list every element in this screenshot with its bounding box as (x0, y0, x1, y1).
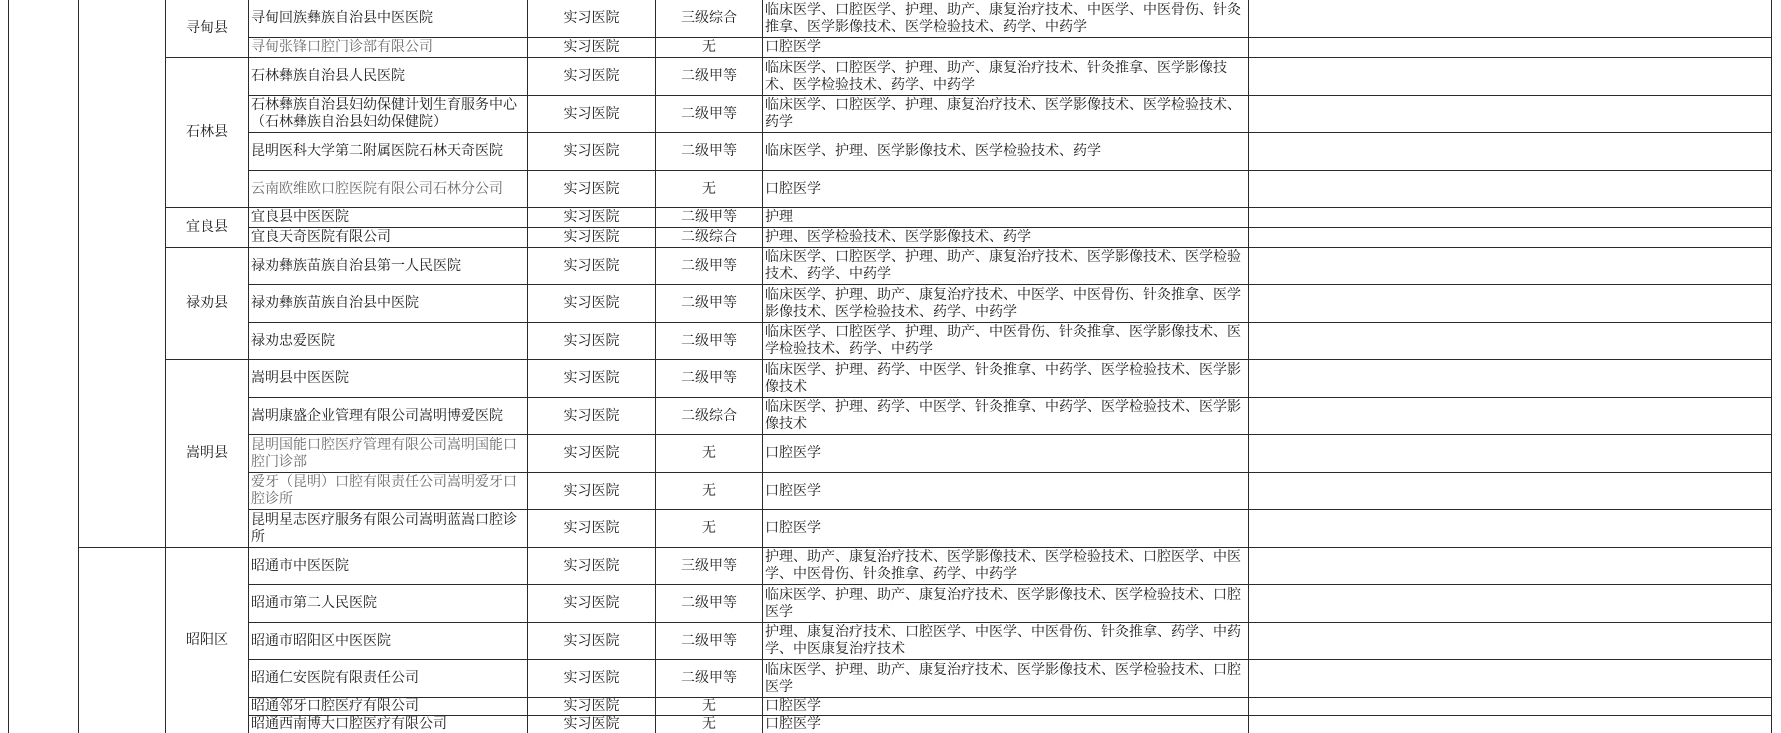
majors-cell: 护理、医学检验技术、医学影像技术、药学 (763, 228, 1249, 248)
remarks-cell (1249, 0, 1772, 38)
hospital-type-cell: 实习医院 (528, 323, 656, 360)
hospital-name-cell: 云南欧维欧口腔医院有限公司石林分公司 (249, 171, 528, 208)
hospital-level-cell: 二级综合 (656, 398, 763, 435)
remarks-cell (1249, 171, 1772, 208)
hospital-name-cell: 昆明医科大学第二附属医院石林天奇医院 (249, 133, 528, 171)
hospital-name-cell: 昭通市第二人民医院 (249, 585, 528, 623)
majors-cell: 临床医学、护理、助产、康复治疗技术、中医学、中医骨伤、针灸推拿、医学影像技术、医… (763, 285, 1249, 323)
hospital-type-cell: 实习医院 (528, 716, 656, 733)
remarks-cell (1249, 660, 1772, 698)
table-row: 禄劝彝族苗族自治县中医院实习医院二级甲等临床医学、护理、助产、康复治疗技术、中医… (9, 285, 1772, 323)
table-row: 昆明星志医疗服务有限公司嵩明蓝嵩口腔诊所实习医院无口腔医学 (9, 510, 1772, 548)
hospital-level-cell: 二级甲等 (656, 360, 763, 398)
hospital-name-cell: 昭通西南博大口腔医疗有限公司 (249, 716, 528, 733)
remarks-cell (1249, 248, 1772, 285)
majors-cell: 口腔医学 (763, 698, 1249, 716)
county-cell: 嵩明县 (166, 360, 249, 548)
city-sub-cell (79, 548, 166, 733)
hospital-level-cell: 二级综合 (656, 228, 763, 248)
hospital-level-cell: 二级甲等 (656, 285, 763, 323)
majors-cell: 临床医学、护理、医学影像技术、医学检验技术、药学 (763, 133, 1249, 171)
table-row: 寻甸县寻甸回族彝族自治县中医医院实习医院三级综合临床医学、口腔医学、护理、助产、… (9, 0, 1772, 38)
majors-cell: 口腔医学 (763, 171, 1249, 208)
hospital-name-cell: 昭通市中医医院 (249, 548, 528, 585)
hospital-level-cell: 二级甲等 (656, 248, 763, 285)
majors-cell: 临床医学、口腔医学、护理、助产、康复治疗技术、针灸推拿、医学影像技术、医学检验技… (763, 58, 1249, 96)
table-row: 昭阳区昭通市中医医院实习医院三级甲等护理、助产、康复治疗技术、医学影像技术、医学… (9, 548, 1772, 585)
hospital-name-cell: 爱牙（昆明）口腔有限责任公司嵩明爱牙口腔诊所 (249, 473, 528, 510)
majors-cell: 护理 (763, 208, 1249, 228)
table-row: 昭通市第二人民医院实习医院二级甲等临床医学、护理、助产、康复治疗技术、医学影像技… (9, 585, 1772, 623)
hospital-level-cell: 二级甲等 (656, 208, 763, 228)
hospital-level-cell: 二级甲等 (656, 96, 763, 133)
majors-cell: 护理、助产、康复治疗技术、医学影像技术、医学检验技术、口腔医学、中医学、中医骨伤… (763, 548, 1249, 585)
hospital-level-cell: 二级甲等 (656, 623, 763, 660)
remarks-cell (1249, 435, 1772, 473)
hospital-level-cell: 二级甲等 (656, 585, 763, 623)
hospital-type-cell: 实习医院 (528, 698, 656, 716)
table-row: 石林彝族自治县妇幼保健计划生育服务中心（石林彝族自治县妇幼保健院）实习医院二级甲… (9, 96, 1772, 133)
county-cell: 禄劝县 (166, 248, 249, 360)
hospital-type-cell: 实习医院 (528, 133, 656, 171)
county-cell: 宜良县 (166, 208, 249, 248)
hospital-type-cell: 实习医院 (528, 548, 656, 585)
table-row: 爱牙（昆明）口腔有限责任公司嵩明爱牙口腔诊所实习医院无口腔医学 (9, 473, 1772, 510)
remarks-cell (1249, 208, 1772, 228)
hospital-level-cell: 无 (656, 38, 763, 58)
remarks-cell (1249, 133, 1772, 171)
hospital-name-cell: 宜良县中医医院 (249, 208, 528, 228)
remarks-cell (1249, 360, 1772, 398)
hospital-name-cell: 石林彝族自治县妇幼保健计划生育服务中心（石林彝族自治县妇幼保健院） (249, 96, 528, 133)
majors-cell: 临床医学、护理、药学、中医学、针灸推拿、中药学、医学检验技术、医学影像技术 (763, 398, 1249, 435)
hospital-type-cell: 实习医院 (528, 0, 656, 38)
hospital-name-cell: 宜良天奇医院有限公司 (249, 228, 528, 248)
majors-cell: 护理、康复治疗技术、口腔医学、中医学、中医骨伤、针灸推拿、药学、中药学、中医康复… (763, 623, 1249, 660)
hospital-type-cell: 实习医院 (528, 38, 656, 58)
hospital-type-cell: 实习医院 (528, 660, 656, 698)
majors-cell: 临床医学、口腔医学、护理、助产、康复治疗技术、中医学、中医骨伤、针灸推拿、医学影… (763, 0, 1249, 38)
hospital-name-cell: 禄劝彝族苗族自治县中医院 (249, 285, 528, 323)
hospital-type-cell: 实习医院 (528, 585, 656, 623)
hospital-name-cell: 昆明国能口腔医疗管理有限公司嵩明国能口腔门诊部 (249, 435, 528, 473)
hospital-type-cell: 实习医院 (528, 208, 656, 228)
hospital-name-cell: 寻甸回族彝族自治县中医医院 (249, 0, 528, 38)
hospital-name-cell: 禄劝彝族苗族自治县第一人民医院 (249, 248, 528, 285)
table-row: 寻甸张锋口腔门诊部有限公司实习医院无口腔医学 (9, 38, 1772, 58)
hospital-level-cell: 二级甲等 (656, 58, 763, 96)
hospital-type-cell: 实习医院 (528, 510, 656, 548)
majors-cell: 临床医学、口腔医学、护理、康复治疗技术、医学影像技术、医学检验技术、药学 (763, 96, 1249, 133)
county-cell: 石林县 (166, 58, 249, 208)
remarks-cell (1249, 510, 1772, 548)
table-row: 昭通市昭阳区中医医院实习医院二级甲等护理、康复治疗技术、口腔医学、中医学、中医骨… (9, 623, 1772, 660)
majors-cell: 临床医学、护理、药学、中医学、针灸推拿、中药学、医学检验技术、医学影像技术 (763, 360, 1249, 398)
hospital-type-cell: 实习医院 (528, 473, 656, 510)
remarks-cell (1249, 585, 1772, 623)
hospital-level-cell: 无 (656, 435, 763, 473)
hospital-table: 寻甸县寻甸回族彝族自治县中医医院实习医院三级综合临床医学、口腔医学、护理、助产、… (8, 0, 1772, 733)
majors-cell: 口腔医学 (763, 435, 1249, 473)
hospital-name-cell: 昭通邻牙口腔医疗有限公司 (249, 698, 528, 716)
remarks-cell (1249, 548, 1772, 585)
hospital-level-cell: 二级甲等 (656, 323, 763, 360)
city-cell (9, 0, 79, 733)
table-row: 禄劝县禄劝彝族苗族自治县第一人民医院实习医院二级甲等临床医学、口腔医学、护理、助… (9, 248, 1772, 285)
remarks-cell (1249, 698, 1772, 716)
hospital-level-cell: 无 (656, 698, 763, 716)
table-row: 嵩明县嵩明县中医医院实习医院二级甲等临床医学、护理、药学、中医学、针灸推拿、中药… (9, 360, 1772, 398)
hospital-level-cell: 三级甲等 (656, 548, 763, 585)
hospital-type-cell: 实习医院 (528, 58, 656, 96)
table-row: 宜良县宜良县中医医院实习医院二级甲等护理 (9, 208, 1772, 228)
hospital-type-cell: 实习医院 (528, 623, 656, 660)
majors-cell: 口腔医学 (763, 473, 1249, 510)
majors-cell: 临床医学、护理、助产、康复治疗技术、医学影像技术、医学检验技术、口腔医学 (763, 585, 1249, 623)
remarks-cell (1249, 96, 1772, 133)
majors-cell: 口腔医学 (763, 716, 1249, 733)
table-row: 石林县石林彝族自治县人民医院实习医院二级甲等临床医学、口腔医学、护理、助产、康复… (9, 58, 1772, 96)
table-body: 寻甸县寻甸回族彝族自治县中医医院实习医院三级综合临床医学、口腔医学、护理、助产、… (9, 0, 1772, 733)
hospital-level-cell: 二级甲等 (656, 660, 763, 698)
county-cell: 寻甸县 (166, 0, 249, 58)
hospital-level-cell: 无 (656, 716, 763, 733)
table-row: 昭通西南博大口腔医疗有限公司实习医院无口腔医学 (9, 716, 1772, 733)
hospital-name-cell: 寻甸张锋口腔门诊部有限公司 (249, 38, 528, 58)
hospital-name-cell: 嵩明县中医医院 (249, 360, 528, 398)
majors-cell: 口腔医学 (763, 38, 1249, 58)
hospital-type-cell: 实习医院 (528, 435, 656, 473)
remarks-cell (1249, 323, 1772, 360)
hospital-name-cell: 嵩明康盛企业管理有限公司嵩明博爱医院 (249, 398, 528, 435)
hospital-level-cell: 无 (656, 171, 763, 208)
hospital-type-cell: 实习医院 (528, 360, 656, 398)
remarks-cell (1249, 58, 1772, 96)
remarks-cell (1249, 623, 1772, 660)
table-row: 昆明国能口腔医疗管理有限公司嵩明国能口腔门诊部实习医院无口腔医学 (9, 435, 1772, 473)
hospital-level-cell: 无 (656, 473, 763, 510)
city-sub-cell (79, 0, 166, 548)
hospital-type-cell: 实习医院 (528, 285, 656, 323)
remarks-cell (1249, 285, 1772, 323)
majors-cell: 口腔医学 (763, 510, 1249, 548)
table-row: 禄劝忠爱医院实习医院二级甲等临床医学、口腔医学、护理、助产、中医骨伤、针灸推拿、… (9, 323, 1772, 360)
hospital-type-cell: 实习医院 (528, 96, 656, 133)
hospital-name-cell: 禄劝忠爱医院 (249, 323, 528, 360)
majors-cell: 临床医学、口腔医学、护理、助产、康复治疗技术、医学影像技术、医学检验技术、药学、… (763, 248, 1249, 285)
hospital-type-cell: 实习医院 (528, 228, 656, 248)
hospital-name-cell: 石林彝族自治县人民医院 (249, 58, 528, 96)
remarks-cell (1249, 716, 1772, 733)
hospital-name-cell: 昆明星志医疗服务有限公司嵩明蓝嵩口腔诊所 (249, 510, 528, 548)
remarks-cell (1249, 38, 1772, 58)
table-row: 云南欧维欧口腔医院有限公司石林分公司实习医院无口腔医学 (9, 171, 1772, 208)
remarks-cell (1249, 398, 1772, 435)
county-cell: 昭阳区 (166, 548, 249, 733)
table-row: 昆明医科大学第二附属医院石林天奇医院实习医院二级甲等临床医学、护理、医学影像技术… (9, 133, 1772, 171)
remarks-cell (1249, 228, 1772, 248)
hospital-type-cell: 实习医院 (528, 171, 656, 208)
table-row: 昭通邻牙口腔医疗有限公司实习医院无口腔医学 (9, 698, 1772, 716)
majors-cell: 临床医学、口腔医学、护理、助产、中医骨伤、针灸推拿、医学影像技术、医学检验技术、… (763, 323, 1249, 360)
table-row: 宜良天奇医院有限公司实习医院二级综合护理、医学检验技术、医学影像技术、药学 (9, 228, 1772, 248)
hospital-level-cell: 无 (656, 510, 763, 548)
majors-cell: 临床医学、护理、助产、康复治疗技术、医学影像技术、医学检验技术、口腔医学 (763, 660, 1249, 698)
remarks-cell (1249, 473, 1772, 510)
table-row: 嵩明康盛企业管理有限公司嵩明博爱医院实习医院二级综合临床医学、护理、药学、中医学… (9, 398, 1772, 435)
table-row: 昭通仁安医院有限责任公司实习医院二级甲等临床医学、护理、助产、康复治疗技术、医学… (9, 660, 1772, 698)
hospital-name-cell: 昭通市昭阳区中医医院 (249, 623, 528, 660)
hospital-level-cell: 三级综合 (656, 0, 763, 38)
hospital-level-cell: 二级甲等 (656, 133, 763, 171)
hospital-type-cell: 实习医院 (528, 398, 656, 435)
hospital-type-cell: 实习医院 (528, 248, 656, 285)
hospital-name-cell: 昭通仁安医院有限责任公司 (249, 660, 528, 698)
